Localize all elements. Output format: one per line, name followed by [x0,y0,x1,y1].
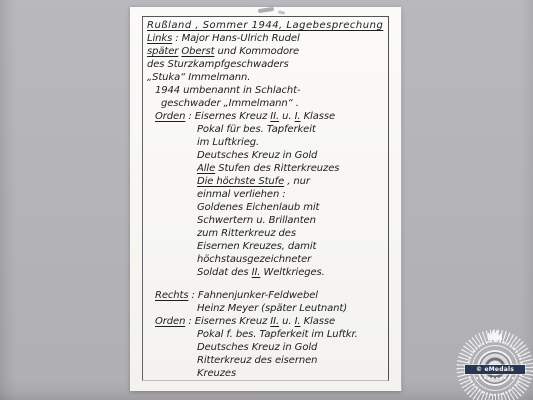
handwritten-segment: Schwertern u. Brillanten [197,215,316,226]
handwritten-segment: u. [279,111,294,122]
handwritten-line: Rußland , Sommer 1944, Lagebesprechung [145,19,386,32]
handwritten-segment: Klasse [301,316,336,327]
handwritten-segment: im Luftkrieg. [197,137,259,148]
handwritten-segment: Oberst [181,46,214,57]
handwritten-line: Pokal f. bes. Tapferkeit im Luftkr. [145,328,386,341]
handwritten-segment: , nur [284,176,310,187]
handwritten-segment: Stufen des Ritterkreuzes [215,163,339,174]
handwritten-segment: und Kommodore [214,46,299,57]
handwritten-segment: : Major Hans-Ulrich Rudel [172,33,299,44]
handwritten-segment: Rußland , Sommer 1944, Lagebesprechung [147,20,383,31]
emedals-watermark: © eMedals [455,328,533,400]
handwritten-line: Soldat des II. Weltkrieges. [145,266,386,279]
watermark-banner: © eMedals [465,365,525,374]
handwritten-segment: Eisernen Kreuzes, damit [197,241,316,252]
handwritten-line: Pokal für bes. Tapferkeit [145,123,386,136]
handwritten-line: 1944 umbenannt in Schlacht- [145,84,386,97]
handwritten-line: Die höchste Stufe , nur [145,175,386,188]
handwritten-line: später Oberst und Kommodore [145,45,386,58]
photocopy-smudge [258,7,274,13]
handwritten-segment: Pokal f. bes. Tapferkeit im Luftkr. [197,329,358,340]
handwritten-segment: : Eisernes Kreuz [185,111,270,122]
handwritten-line: Deutsches Kreuz in Gold [145,341,386,354]
handwritten-segment: zum Ritterkreuz des [197,228,296,239]
handwritten-line: Schwertern u. Brillanten [145,214,386,227]
handwritten-segment: Pokal für bes. Tapferkeit [197,124,316,135]
handwritten-segment: Klasse [301,111,336,122]
photocopy-border: Rußland , Sommer 1944, LagebesprechungLi… [142,16,389,381]
watermark-label: © eMedals [476,366,514,373]
handwritten-line: Eisernen Kreuzes, damit [145,240,386,253]
handwritten-segment: einmal verliehen : [197,189,286,200]
handwritten-segment: : Fahnenjunker-Feldwebel [188,290,317,301]
handwritten-line: zum Ritterkreuz des [145,227,386,240]
handwritten-line: Goldenes Eichenlaub mit [145,201,386,214]
handwritten-segment: später [147,46,178,57]
handwritten-line: „Stuka“ Immelmann. [145,71,386,84]
photo-background: Rußland , Sommer 1944, LagebesprechungLi… [0,0,533,400]
handwritten-segment: Deutsches Kreuz in Gold [197,150,317,161]
handwritten-segment: Goldenes Eichenlaub mit [197,202,319,213]
handwritten-segment: u. [279,316,294,327]
handwritten-segment: Weltkrieges. [260,267,324,278]
handwritten-line: einmal verliehen : [145,188,386,201]
handwritten-segment: Soldat des [197,267,252,278]
handwritten-segment: höchstausgezeichneter [197,254,311,265]
handwritten-line: des Sturzkampfgeschwaders [145,58,386,71]
handwritten-line: Orden : Eisernes Kreuz II. u. I. Klasse [145,110,386,123]
handwritten-segment: Orden [155,316,185,327]
handwritten-line: Deutsches Kreuz in Gold [145,149,386,162]
document-paper: Rußland , Sommer 1944, LagebesprechungLi… [130,7,401,391]
handwritten-line: Ritterkreuz des eisernen [145,354,386,367]
handwritten-segment: Heinz Meyer (später Leutnant) [197,303,347,314]
handwritten-segment: Rechts [155,290,188,301]
handwriting: Rußland , Sommer 1944, LagebesprechungLi… [145,19,386,380]
handwritten-segment: Ritterkreuz des eisernen [197,355,317,366]
handwritten-segment: II. [270,316,279,327]
handwritten-line: Kreuzes [145,367,386,380]
handwritten-segment: 1944 umbenannt in Schlacht- [155,85,301,96]
photocopy-smudge [278,10,285,14]
handwritten-line: Heinz Meyer (später Leutnant) [145,302,386,315]
handwritten-line: Orden : Eisernes Kreuz II. u. I. Klasse [145,315,386,328]
handwritten-line: Alle Stufen des Ritterkreuzes [145,162,386,175]
handwritten-line: Rechts : Fahnenjunker-Feldwebel [145,289,386,302]
watermark-tagline [476,377,514,379]
handwritten-segment: geschwader „Immelmann“ . [161,98,299,109]
handwritten-segment: II. [270,111,279,122]
handwritten-line: Links : Major Hans-Ulrich Rudel [145,32,386,45]
handwritten-segment: Die höchste Stufe [197,176,284,187]
handwritten-segment: Orden [155,111,185,122]
handwritten-line: im Luftkrieg. [145,136,386,149]
handwritten-segment: des Sturzkampfgeschwaders [147,59,289,70]
handwritten-segment: Deutsches Kreuz in Gold [197,342,317,353]
handwritten-segment: Alle [197,163,215,174]
handwritten-line: höchstausgezeichneter [145,253,386,266]
handwritten-segment: : Eisernes Kreuz [185,316,270,327]
handwritten-segment: Kreuzes [197,368,236,379]
handwritten-segment: „Stuka“ Immelmann. [147,72,250,83]
handwritten-line: geschwader „Immelmann“ . [145,97,386,110]
handwritten-segment: Links [147,33,172,44]
